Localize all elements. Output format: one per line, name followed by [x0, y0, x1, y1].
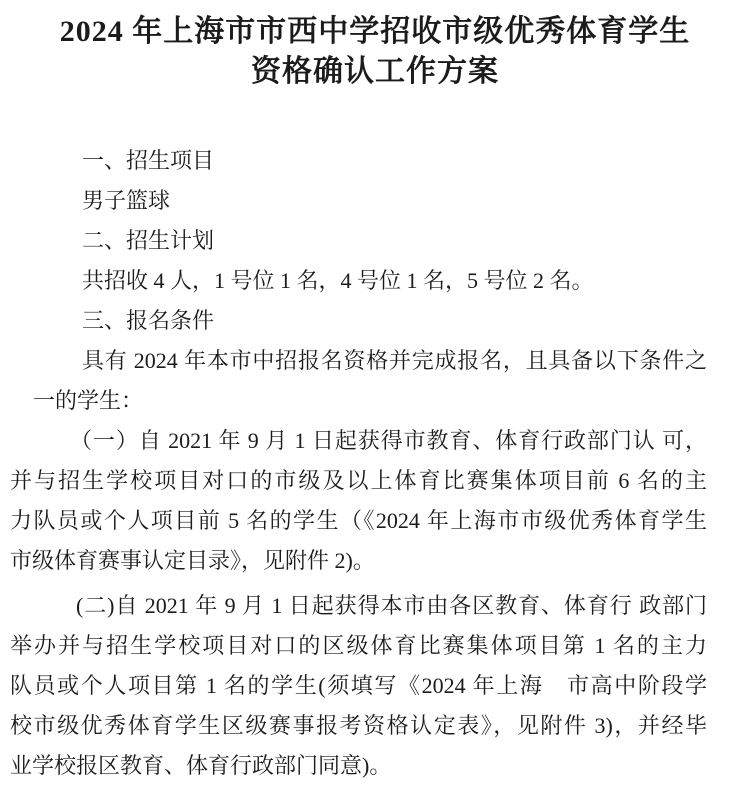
- condition-2-line-4: 校市级优秀体育学生区级赛事报考资格认定表》，见附件 3)，并经毕: [10, 706, 707, 746]
- condition-1-line-3: 力队员或个人项目前 5 名的学生（《2024 年上海市市级优秀体育学生: [10, 501, 707, 541]
- condition-2-line-1: (二)自 2021 年 9 月 1 日起获得本市由各区教育、体育行 政部门: [76, 586, 707, 626]
- section-1-heading: 一、招生项目: [82, 141, 707, 181]
- section-3-heading: 三、报名条件: [82, 301, 707, 341]
- condition-2-line-5: 业学校报区教育、体育行政部门同意)。: [10, 746, 707, 786]
- eligibility-line-2: 一的学生：: [33, 381, 707, 421]
- doc-title-line-1: 2024 年上海市市西中学招收市级优秀体育学生: [0, 12, 750, 52]
- doc-body: 一、招生项目 男子篮球 二、招生计划 共招收 4 人，1 号位 1 名，4 号位…: [0, 141, 750, 786]
- eligibility-line-1: 具有 2024 年本市中招报名资格并完成报名，且具备以下条件之: [82, 341, 707, 381]
- section-2-heading: 二、招生计划: [82, 221, 707, 261]
- doc-title: 2024 年上海市市西中学招收市级优秀体育学生 资格确认工作方案: [0, 12, 750, 92]
- document-page: 2024 年上海市市西中学招收市级优秀体育学生 资格确认工作方案 一、招生项目 …: [0, 0, 750, 786]
- condition-1-line-2: 并与招生学校项目对口的市级及以上体育比赛集体项目前 6 名的主: [10, 461, 707, 501]
- doc-title-line-2: 资格确认工作方案: [0, 52, 750, 92]
- condition-1-line-1: （一）自 2021 年 9 月 1 日起获得市教育、体育行政部门认 可，: [70, 421, 707, 461]
- condition-1-line-4: 市级体育赛事认定目录》，见附件 2)。: [10, 541, 707, 581]
- condition-2-line-3: 队员或个人项目第 1 名的学生(须填写《2024 年上海 市高中阶段学: [10, 666, 707, 706]
- project-name: 男子篮球: [82, 181, 707, 221]
- condition-2-line-2: 举办并与招生学校项目对口的区级体育比赛集体项目第 1 名的主力: [10, 626, 707, 666]
- enrollment-plan: 共招收 4 人，1 号位 1 名，4 号位 1 名，5 号位 2 名。: [82, 261, 707, 301]
